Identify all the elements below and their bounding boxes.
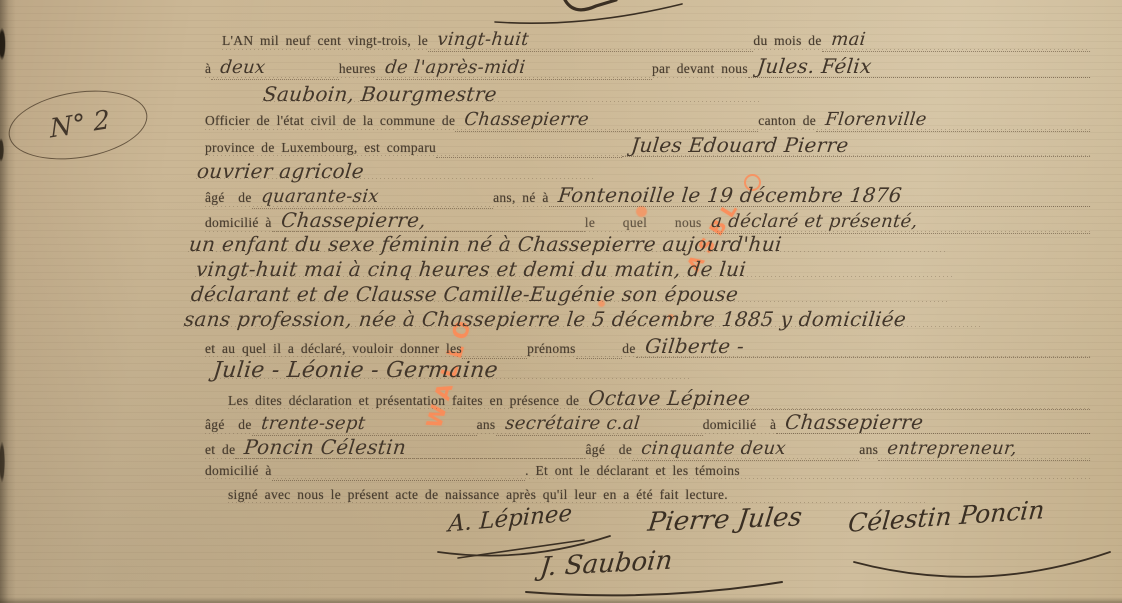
printed-text: canton de: [758, 111, 816, 131]
handwritten-birth-time: vingt-huit mai à cinq heures et demi du …: [195, 259, 747, 279]
handwritten-domicile: Chassepierre,: [272, 210, 587, 232]
handwritten-officer-firstnames: Jules. Félix: [748, 56, 1092, 78]
handwritten-declaration: a déclaré et présenté,: [702, 212, 1093, 234]
handwritten-day: vingt-huit: [428, 30, 756, 52]
handwritten-profession: ouvrier agricole: [196, 161, 365, 181]
signature-officer-flourish: [520, 580, 790, 600]
signature-declarant: Pierre Jules: [646, 502, 804, 538]
handwritten-firstnames-2: Julie - Léonie - Germaine: [212, 361, 499, 381]
act-line-13: et au quel il a déclaré, vouloir donner …: [205, 336, 1090, 359]
printed-text: signé avec nous le présent acte de naiss…: [228, 485, 728, 505]
printed-text: et au quel il a déclaré, vouloir donner …: [205, 339, 462, 359]
handwritten-age: quarante-six: [252, 187, 496, 209]
act-line-4: Officier de l'état civil de la commune d…: [205, 110, 1090, 132]
printed-text: et de: [205, 440, 235, 460]
handwritten-month: mai: [822, 30, 1093, 52]
act-line-6: ouvrier agricole: [196, 161, 596, 181]
printed-text: âgé de: [205, 188, 252, 208]
handwritten-commune: Chassepierre: [455, 110, 760, 132]
printed-text: ans: [859, 440, 878, 460]
handwritten-witness1-name: Octave Lépinee: [579, 388, 1092, 410]
printed-text: domicilié à: [205, 461, 272, 481]
handwritten-witness1-profession: secrétaire c.al: [496, 414, 705, 436]
printed-text: province de Luxembourg, est comparu: [205, 138, 436, 158]
act-line-5: province de Luxembourg, est comparu Jule…: [205, 135, 1090, 158]
handwritten-declarant-firstnames: Jules Edouard Pierre: [622, 135, 1092, 157]
act-line-15: Les dites déclaration et présentation fa…: [228, 388, 1090, 411]
printed-text: le quel nous: [585, 213, 702, 233]
printed-text: . Et ont le déclarant et les témoins: [525, 461, 740, 481]
act-line-18: domicilié à . Et ont le déclarant et les…: [205, 461, 1090, 481]
printed-text: ans, né à: [493, 188, 549, 208]
binding-shadow: [0, 0, 16, 603]
handwritten-canton: Florenville: [816, 110, 1092, 132]
dotted-leader: [436, 143, 622, 158]
act-line-10: vingt-huit mai à cinq heures et demi du …: [195, 259, 955, 279]
handwritten-firstname-1: Gilberte -: [636, 336, 1093, 358]
top-writing-fragment: [470, 0, 700, 30]
handwritten-officer-name: Sauboin, Bourgmestre: [262, 84, 498, 104]
dotted-leader: [462, 344, 527, 359]
dotted-leader: [576, 344, 623, 359]
act-line-3: Sauboin, Bourgmestre: [262, 84, 762, 104]
printed-text: de: [622, 339, 635, 359]
handwritten-witness2-name: Poncin Célestin: [235, 437, 587, 459]
act-line-7: âgé de quarante-six ans, né à Fontenoill…: [205, 185, 1090, 209]
signature-officer: J. Sauboin: [539, 545, 674, 582]
printed-text: prénoms: [527, 339, 576, 359]
printed-text: Officier de l'état civil de la commune d…: [205, 111, 455, 131]
act-line-12: sans profession, née à Chassepierre le 5…: [183, 309, 983, 329]
handwritten-hour: deux: [211, 58, 341, 80]
act-line-14: Julie - Léonie - Germaine: [212, 361, 692, 381]
act-line-11: déclarant et de Clausse Camille-Eugénie …: [190, 284, 950, 304]
printed-text: par devant nous: [652, 59, 748, 79]
handwritten-mother-name: déclarant et de Clausse Camille-Eugénie …: [190, 284, 739, 304]
margin-number: N° 2: [49, 105, 110, 145]
handwritten-witness1-domicile: Chassepierre: [776, 412, 1092, 434]
printed-text: du mois de: [753, 31, 821, 51]
act-line-9: un enfant du sexe féminin né à Chassepie…: [188, 234, 948, 254]
act-line-17: et de Poncin Célestin âgé de cinquante d…: [205, 437, 1090, 461]
handwritten-birthplace-date: Fontenoille le 19 décembre 1876: [549, 185, 1093, 207]
handwritten-child-sex-birthplace: un enfant du sexe féminin né à Chassepie…: [188, 234, 783, 254]
printed-text: âgé de: [585, 440, 632, 460]
handwritten-daypart: de l'après-midi: [376, 58, 654, 80]
printed-text: Les dites déclaration et présentation fa…: [228, 391, 579, 411]
handwritten-mother-details: sans profession, née à Chassepierre le 5…: [183, 309, 907, 329]
act-line-1: L'AN mil neuf cent vingt-trois, le vingt…: [222, 30, 1090, 52]
printed-text: domicilié à: [205, 213, 272, 233]
printed-text: domicilié à: [703, 415, 777, 435]
handwritten-witness2-age: cinquante deux: [632, 439, 861, 461]
act-line-16: âgé de trente-sept ans secrétaire c.al d…: [205, 412, 1090, 436]
margin-number-oval: N° 2: [4, 81, 153, 168]
handwritten-witness1-age: trente-sept: [252, 414, 479, 436]
printed-text: heures: [339, 59, 376, 79]
printed-text: âgé de: [205, 415, 252, 435]
signature-witness2-flourish: [842, 548, 1122, 590]
printed-text: L'AN mil neuf cent vingt-trois, le: [222, 31, 428, 51]
act-line-19: signé avec nous le présent acte de naiss…: [228, 485, 928, 505]
dotted-blank: [272, 466, 526, 481]
act-line-8: domicilié à Chassepierre, le quel nous a…: [205, 210, 1090, 234]
handwritten-witness2-profession: entrepreneur,: [878, 439, 1092, 461]
printed-text: ans: [477, 415, 496, 435]
act-line-2: à deux heures de l'après-midi par devant…: [205, 56, 1090, 80]
